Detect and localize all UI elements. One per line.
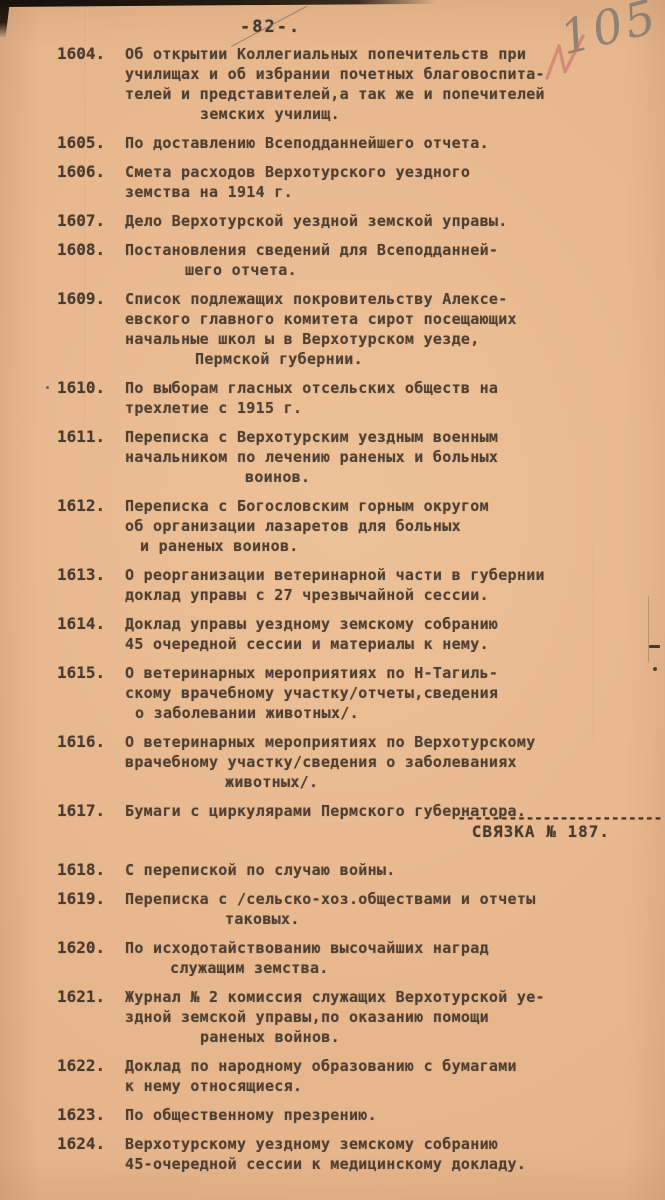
item-line: По доставлению Всеподданнейшего отчета. — [125, 133, 585, 153]
item-text: О реорганизации ветеринарной части в губ… — [125, 565, 585, 605]
list-item: 1614.Доклад управы уездному земскому соб… — [0, 614, 665, 654]
item-text: О ветеринарных мероприятиях по Верхотурс… — [125, 732, 585, 792]
margin-dot — [46, 386, 49, 389]
list-item: 1619.Переписка с /сельско-хоз.обществами… — [0, 889, 665, 929]
item-line: евского главного комитета сирот посещающ… — [125, 309, 585, 329]
item-number: 1609. — [57, 289, 125, 369]
list-item: 1615.О ветеринарных мероприятиях по Н-Та… — [0, 663, 665, 723]
item-line: Переписка с /сельско-хоз.обществами и от… — [125, 889, 585, 909]
item-text: С перепиской по случаю войны. — [125, 860, 585, 880]
item-line: Пермской губернии. — [125, 349, 585, 369]
item-text: Верхотурскому уездному земскому собранию… — [125, 1134, 585, 1174]
item-text: Список подлежащих покровительству Алексе… — [125, 289, 585, 369]
item-text: Переписка с Богословским горным округомо… — [125, 496, 585, 556]
item-number: 1605. — [57, 133, 125, 153]
item-number: 1622. — [57, 1056, 125, 1096]
list-item: 1610.По выборам гласных отсельских общес… — [0, 378, 665, 418]
item-line: С перепиской по случаю войны. — [125, 860, 585, 880]
item-number: 1606. — [57, 162, 125, 202]
item-line: По выборам гласных отсельских обществ на — [125, 378, 585, 398]
item-number: 1610. — [57, 378, 125, 418]
item-line: доклад управы с 27 чрезвычайной сессии. — [125, 585, 585, 605]
edge-mark-dash — [649, 645, 660, 648]
item-text: Доклад по народному образованию с бумага… — [125, 1056, 585, 1096]
item-text: Об открытии Коллегиальных попечительств … — [125, 44, 585, 124]
bundle-divider: ------------------------СВЯЗКА № 187. — [0, 809, 665, 851]
item-line: Доклад управы уездному земскому собранию — [125, 614, 585, 634]
item-line: Смета расходов Верхотурского уездного — [125, 162, 585, 182]
item-line: Дело Верхотурской уездной земской управы… — [125, 211, 585, 231]
item-line: шего отчета. — [125, 260, 585, 280]
item-number: 1616. — [57, 732, 125, 792]
list-item: 1613.О реорганизации ветеринарной части … — [0, 565, 665, 605]
item-line: земства на 1914 г. — [125, 182, 585, 202]
item-line: О ветеринарных мероприятиях по Н-Тагиль- — [125, 663, 585, 683]
item-line: раненых войнов. — [125, 1027, 585, 1047]
item-line: таковых. — [125, 909, 585, 929]
item-line: начальные школ ы в Верхотурском уезде, — [125, 329, 585, 349]
item-number: 1619. — [57, 889, 125, 929]
item-number: 1620. — [57, 938, 125, 978]
item-text: По исходотайствованию высочайших наградс… — [125, 938, 585, 978]
item-number: 1611. — [57, 427, 125, 487]
list-item: 1612.Переписка с Богословским горным окр… — [0, 496, 665, 556]
bundle-label: СВЯЗКА № 187. — [472, 822, 610, 841]
item-line: к нему относящиеся. — [125, 1076, 585, 1096]
item-text: По выборам гласных отсельских обществ на… — [125, 378, 585, 418]
inventory-list: 1604.Об открытии Коллегиальных попечител… — [0, 44, 665, 1174]
item-text: По общественному презрению. — [125, 1105, 585, 1125]
item-text: По доставлению Всеподданнейшего отчета. — [125, 133, 585, 153]
item-line: Об открытии Коллегиальных попечительств … — [125, 44, 585, 64]
item-line: Верхотурскому уездному земскому собранию — [125, 1134, 585, 1154]
list-item: 1620.По исходотайствованию высочайших на… — [0, 938, 665, 978]
list-item: 1621.Журнал № 2 комиссия служащих Верхот… — [0, 987, 665, 1047]
item-line: О реорганизации ветеринарной части в губ… — [125, 565, 585, 585]
item-line: о заболевании животных/. — [125, 703, 585, 723]
list-item: 1606.Смета расходов Верхотурского уездно… — [0, 162, 665, 202]
list-item: 1609.Список подлежащих покровительству А… — [0, 289, 665, 369]
item-number: 1608. — [57, 240, 125, 280]
item-text: Журнал № 2 комиссия служащих Верхотурско… — [125, 987, 585, 1047]
edge-mark-dot — [653, 667, 657, 671]
item-line: Переписка с Верхотурским уездным военным — [125, 427, 585, 447]
list-item: 1604.Об открытии Коллегиальных попечител… — [0, 44, 665, 124]
item-line: здной земской управы,по оказанию помощи — [125, 1007, 585, 1027]
item-line: По исходотайствованию высочайших наград — [125, 938, 585, 958]
item-line: врачебному участку/сведения о заболевани… — [125, 752, 585, 772]
list-item: 1607.Дело Верхотурской уездной земской у… — [0, 211, 665, 231]
item-line: воинов. — [125, 467, 585, 487]
item-line: Список подлежащих покровительству Алексе… — [125, 289, 585, 309]
item-text: Доклад управы уездному земскому собранию… — [125, 614, 585, 654]
list-item: 1618.С перепиской по случаю войны. — [0, 860, 665, 880]
item-number: 1604. — [57, 44, 125, 124]
item-number: 1618. — [57, 860, 125, 880]
item-number: 1624. — [57, 1134, 125, 1174]
item-line: животных/. — [125, 772, 585, 792]
item-number: 1614. — [57, 614, 125, 654]
list-item: 1624.Верхотурскому уездному земскому соб… — [0, 1134, 665, 1174]
item-text: Дело Верхотурской уездной земской управы… — [125, 211, 585, 231]
item-line: служащим земства. — [125, 958, 585, 978]
item-line: об организации лазаретов для больных — [125, 516, 585, 536]
item-text: Смета расходов Верхотурского уездногозем… — [125, 162, 585, 202]
item-line: Журнал № 2 комиссия служащих Верхотурско… — [125, 987, 585, 1007]
scan-edge-top — [0, 0, 436, 7]
list-item: 1623.По общественному презрению. — [0, 1105, 665, 1125]
item-line: По общественному презрению. — [125, 1105, 585, 1125]
item-line: 45-очередной сессии к медицинскому докла… — [125, 1154, 585, 1174]
item-line: скому врачебному участку/отчеты,сведения — [125, 683, 585, 703]
item-line: О ветеринарных мероприятиях по Верхотурс… — [125, 732, 585, 752]
item-number: 1607. — [57, 211, 125, 231]
item-number: 1613. — [57, 565, 125, 605]
item-number: 1623. — [57, 1105, 125, 1125]
item-line: трехлетие с 1915 г. — [125, 398, 585, 418]
list-item: 1611.Переписка с Верхотурским уездным во… — [0, 427, 665, 487]
item-text: Постановления сведений для Всеподданней-… — [125, 240, 585, 280]
item-line: и раненых воинов. — [125, 536, 585, 556]
item-line: земских училищ. — [125, 104, 585, 124]
list-item: 1622.Доклад по народному образованию с б… — [0, 1056, 665, 1096]
item-line: училищах и об избрании почетных благовос… — [125, 64, 585, 84]
item-line: телей и представителей,а так же и попечи… — [125, 84, 585, 104]
list-item: 1616.О ветеринарных мероприятиях по Верх… — [0, 732, 665, 792]
scanned-document-page: -82-. 105 1604.Об открытии Коллегиальных… — [0, 0, 665, 1200]
list-item: 1608.Постановления сведений для Всеподда… — [0, 240, 665, 280]
item-number: 1615. — [57, 663, 125, 723]
item-text: О ветеринарных мероприятиях по Н-Тагиль-… — [125, 663, 585, 723]
page-number: -82-. — [240, 17, 301, 37]
item-line: Постановления сведений для Всеподданней- — [125, 240, 585, 260]
list-item: 1605.По доставлению Всеподданнейшего отч… — [0, 133, 665, 153]
item-line: начальником по лечению раненых и больных — [125, 447, 585, 467]
item-number: 1612. — [57, 496, 125, 556]
item-line: Переписка с Богословским горным округом — [125, 496, 585, 516]
item-line: Доклад по народному образованию с бумага… — [125, 1056, 585, 1076]
item-text: Переписка с Верхотурским уездным военным… — [125, 427, 585, 487]
scan-edge-left — [0, 0, 10, 38]
item-text: Переписка с /сельско-хоз.обществами и от… — [125, 889, 585, 929]
item-line: 45 очередной сессии и материалы к нему. — [125, 634, 585, 654]
item-number: 1621. — [57, 987, 125, 1047]
